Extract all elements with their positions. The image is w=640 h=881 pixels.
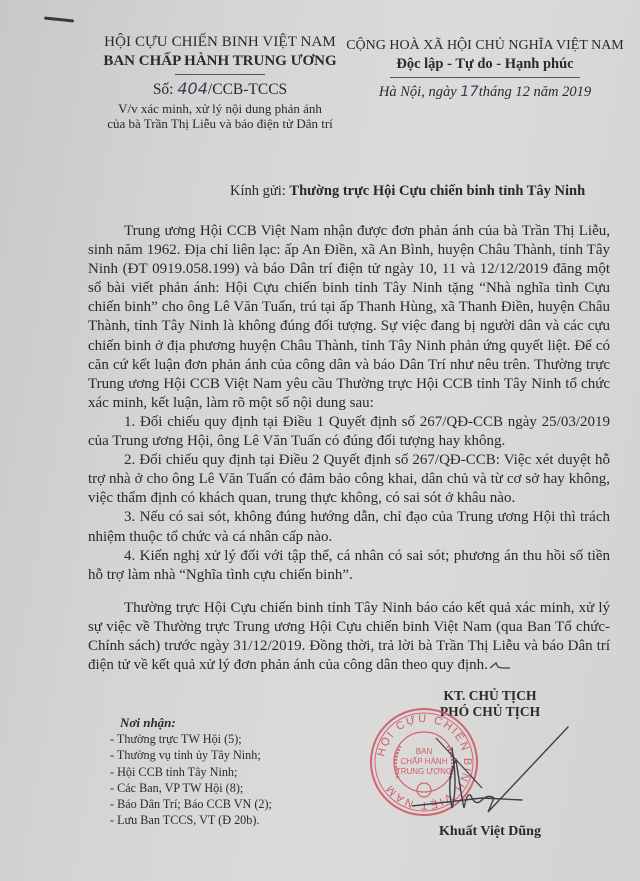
signer-role-1: KT. CHỦ TỊCH <box>400 688 580 704</box>
handwritten-day: 17 <box>460 84 478 100</box>
handwritten-number: 404 <box>177 79 208 98</box>
list-item: 4. Kiến nghị xử lý đối với tập thể, cá n… <box>88 547 610 585</box>
issuer-header: HỘI CỰU CHIẾN BINH VIỆT NAM BAN CHẤP HÀN… <box>95 33 345 131</box>
addressee-recipient: Thường trực Hội Cựu chiến binh tỉnh Tây … <box>289 183 585 199</box>
national-header: CỘNG HOÀ XÃ HỘI CHỦ NGHĨA VIỆT NAM Độc l… <box>345 36 625 102</box>
issuer-org-name: HỘI CỰU CHIẾN BINH VIỆT NAM <box>95 33 345 52</box>
handwritten-signature <box>412 718 622 828</box>
subject-line-2: của bà Trần Thị Liễu và báo điện tử Dân … <box>95 116 345 131</box>
header-divider <box>175 74 265 75</box>
recipient-item: - Báo Dân Trí; Báo CCB VN (2); <box>110 796 272 812</box>
document-body: Trung ương Hội CCB Việt Nam nhận được đơ… <box>88 222 610 675</box>
document-date: Hà Nội, ngày 17tháng 12 năm 2019 <box>345 82 625 102</box>
recipients-title: Nơi nhận: <box>120 715 272 731</box>
end-mark-icon <box>488 662 512 670</box>
recipient-item: - Thường trực TW Hội (5); <box>110 731 272 747</box>
motto-divider <box>390 77 580 78</box>
staple-mark <box>44 16 74 22</box>
recipient-item: - Lưu Ban TCCS, VT (Đ 20b). <box>110 812 272 828</box>
republic-name: CỘNG HOÀ XÃ HỘI CHỦ NGHĨA VIỆT NAM <box>345 36 625 55</box>
closing-paragraph: Thường trực Hội Cựu chiến binh tỉnh Tây … <box>88 599 610 675</box>
recipient-item: - Các Ban, VP TW Hội (8); <box>110 780 272 796</box>
list-item: 1. Đối chiếu quy định tại Điều 1 Quyết đ… <box>88 413 610 451</box>
recipient-item: - Thường vụ tỉnh ủy Tây Ninh; <box>110 747 272 763</box>
addressee-line: Kính gửi: Thường trực Hội Cựu chiến binh… <box>230 183 585 200</box>
document-number: Số: 404/CCB-TCCS <box>95 78 345 101</box>
addressee-label: Kính gửi: <box>230 183 289 199</box>
national-motto: Độc lập - Tự do - Hạnh phúc <box>345 55 625 73</box>
recipients-list: Nơi nhận: - Thường trực TW Hội (5); - Th… <box>110 715 272 828</box>
list-item: 2. Đối chiếu quy định tại Điều 2 Quyết đ… <box>88 451 610 508</box>
issuer-committee: BAN CHẤP HÀNH TRUNG ƯƠNG <box>95 52 345 70</box>
subject-line-1: V/v xác minh, xử lý nội dung phản ánh <box>95 101 345 116</box>
recipient-item: - Hội CCB tỉnh Tây Ninh; <box>110 764 272 780</box>
document-page: HỘI CỰU CHIẾN BINH VIỆT NAM BAN CHẤP HÀN… <box>0 0 640 881</box>
list-item: 3. Nếu có sai sót, không đúng hướng dẫn,… <box>88 508 610 546</box>
intro-paragraph: Trung ương Hội CCB Việt Nam nhận được đơ… <box>88 222 610 413</box>
